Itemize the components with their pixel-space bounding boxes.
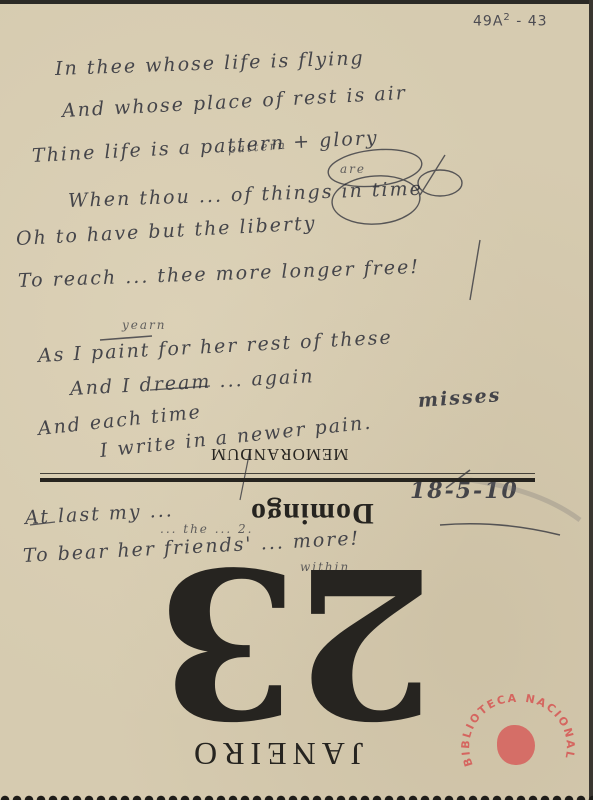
divider-rule-thick <box>40 478 535 482</box>
archive-reference: 49A2 - 43 <box>473 12 548 30</box>
handwriting-line: To reach ... thee more longer free! <box>18 256 421 292</box>
handwriting-line: At last my ... <box>24 499 174 529</box>
month-label: JANEIRO <box>188 735 363 772</box>
memorandum-label: MEMORANDUM <box>210 444 348 464</box>
handwriting-line: And whose place of rest is air <box>61 82 407 122</box>
handwriting-annotation: yearn <box>122 318 167 332</box>
handwriting-line: Thine life is a pattern + glory <box>31 127 379 167</box>
library-stamp: BIBLIOTECA NACIONAL <box>455 680 580 780</box>
perforated-edge <box>0 791 593 800</box>
scan-top-border <box>0 0 593 4</box>
handwriting-line: Oh to have but the liberty <box>15 212 317 250</box>
scan-right-border <box>589 0 593 800</box>
handwriting-line: As I paint for her rest of these <box>37 326 393 367</box>
archive-ref-sup: 2 <box>503 12 510 23</box>
archive-ref-suffix: - 43 <box>516 14 547 30</box>
handwriting-line: And I dream ... again <box>69 365 315 400</box>
correction-oval-icon <box>418 170 462 196</box>
divider-rule-thin <box>40 473 535 474</box>
handwriting-line: In thee whose life is flying <box>55 47 365 80</box>
day-number: 23 <box>162 556 435 726</box>
handwriting-annotation: misses <box>417 384 502 412</box>
archive-ref-base: 49A <box>473 14 503 30</box>
handwriting-annotation: are <box>340 162 366 176</box>
stamp-seal-icon <box>497 725 535 765</box>
handwriting-line: When thou ... of things in time <box>68 178 424 212</box>
document-page: 49A2 - 43 In thee whose life is flying A… <box>0 0 593 800</box>
